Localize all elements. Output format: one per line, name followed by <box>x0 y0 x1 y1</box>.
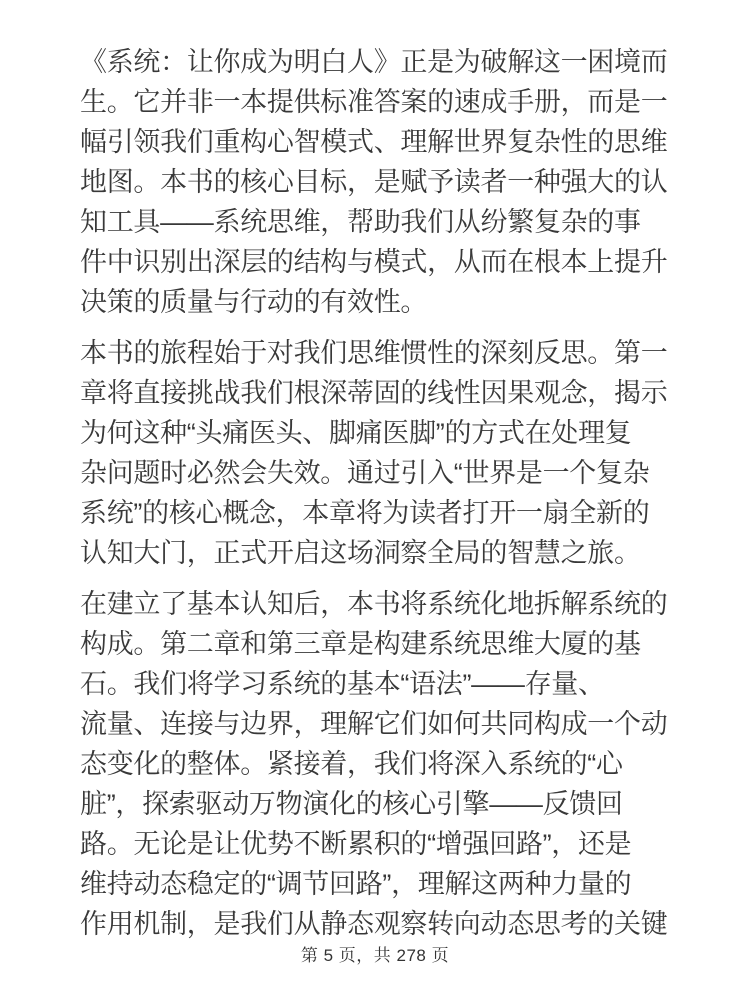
text-line: 章将直接挑战我们根深蒂固的线性因果观念，揭示 <box>80 373 680 413</box>
text-line: 本书的旅程始于对我们思维惯性的深刻反思。第一 <box>80 333 680 373</box>
document-page: 《系统：让你成为明白人》正是为破解这一困境而 生。它并非一本提供标准答案的速成手… <box>0 0 750 1000</box>
text-line: 知工具——系统思维，帮助我们从纷繁复杂的事 <box>80 202 680 242</box>
text-line: 生。它并非一本提供标准答案的速成手册，而是一 <box>80 82 680 122</box>
text-line: 系统”的核心概念，本章将为读者打开一扇全新的 <box>80 493 680 533</box>
page-indicator: 第 5 页，共 278 页 <box>301 946 449 965</box>
text-line: 构成。第二章和第三章是构建系统思维大厦的基 <box>80 624 680 664</box>
text-line: 《系统：让你成为明白人》正是为破解这一困境而 <box>80 42 680 82</box>
text-line: 脏”，探索驱动万物演化的核心引擎——反馈回 <box>80 784 680 824</box>
text-line: 杂问题时必然会失效。通过引入“世界是一个复杂 <box>80 453 680 493</box>
text-line: 在建立了基本认知后，本书将系统化地拆解系统的 <box>80 584 680 624</box>
page-footer: 第 5 页，共 278 页 <box>0 946 750 966</box>
paragraph-3: 在建立了基本认知后，本书将系统化地拆解系统的 构成。第二章和第三章是构建系统思维… <box>80 584 680 944</box>
text-line: 维持动态稳定的“调节回路”，理解这两种力量的 <box>80 864 680 904</box>
paragraph-1: 《系统：让你成为明白人》正是为破解这一困境而 生。它并非一本提供标准答案的速成手… <box>80 42 680 322</box>
text-line: 作用机制，是我们从静态观察转向动态思考的关键 <box>80 904 680 944</box>
text-line: 决策的质量与行动的有效性。 <box>80 282 680 322</box>
text-line: 石。我们将学习系统的基本“语法”——存量、 <box>80 664 680 704</box>
text-line: 态变化的整体。紧接着，我们将深入系统的“心 <box>80 744 680 784</box>
paragraph-2: 本书的旅程始于对我们思维惯性的深刻反思。第一 章将直接挑战我们根深蒂固的线性因果… <box>80 333 680 573</box>
text-line: 地图。本书的核心目标，是赋予读者一种强大的认 <box>80 162 680 202</box>
text-content: 《系统：让你成为明白人》正是为破解这一困境而 生。它并非一本提供标准答案的速成手… <box>80 42 680 955</box>
text-line: 件中识别出深层的结构与模式，从而在根本上提升 <box>80 242 680 282</box>
text-line: 路。无论是让优势不断累积的“增强回路”，还是 <box>80 824 680 864</box>
text-line: 幅引领我们重构心智模式、理解世界复杂性的思维 <box>80 122 680 162</box>
text-line: 为何这种“头痛医头、脚痛医脚”的方式在处理复 <box>80 413 680 453</box>
text-line: 认知大门，正式开启这场洞察全局的智慧之旅。 <box>80 533 680 573</box>
text-line: 流量、连接与边界，理解它们如何共同构成一个动 <box>80 704 680 744</box>
